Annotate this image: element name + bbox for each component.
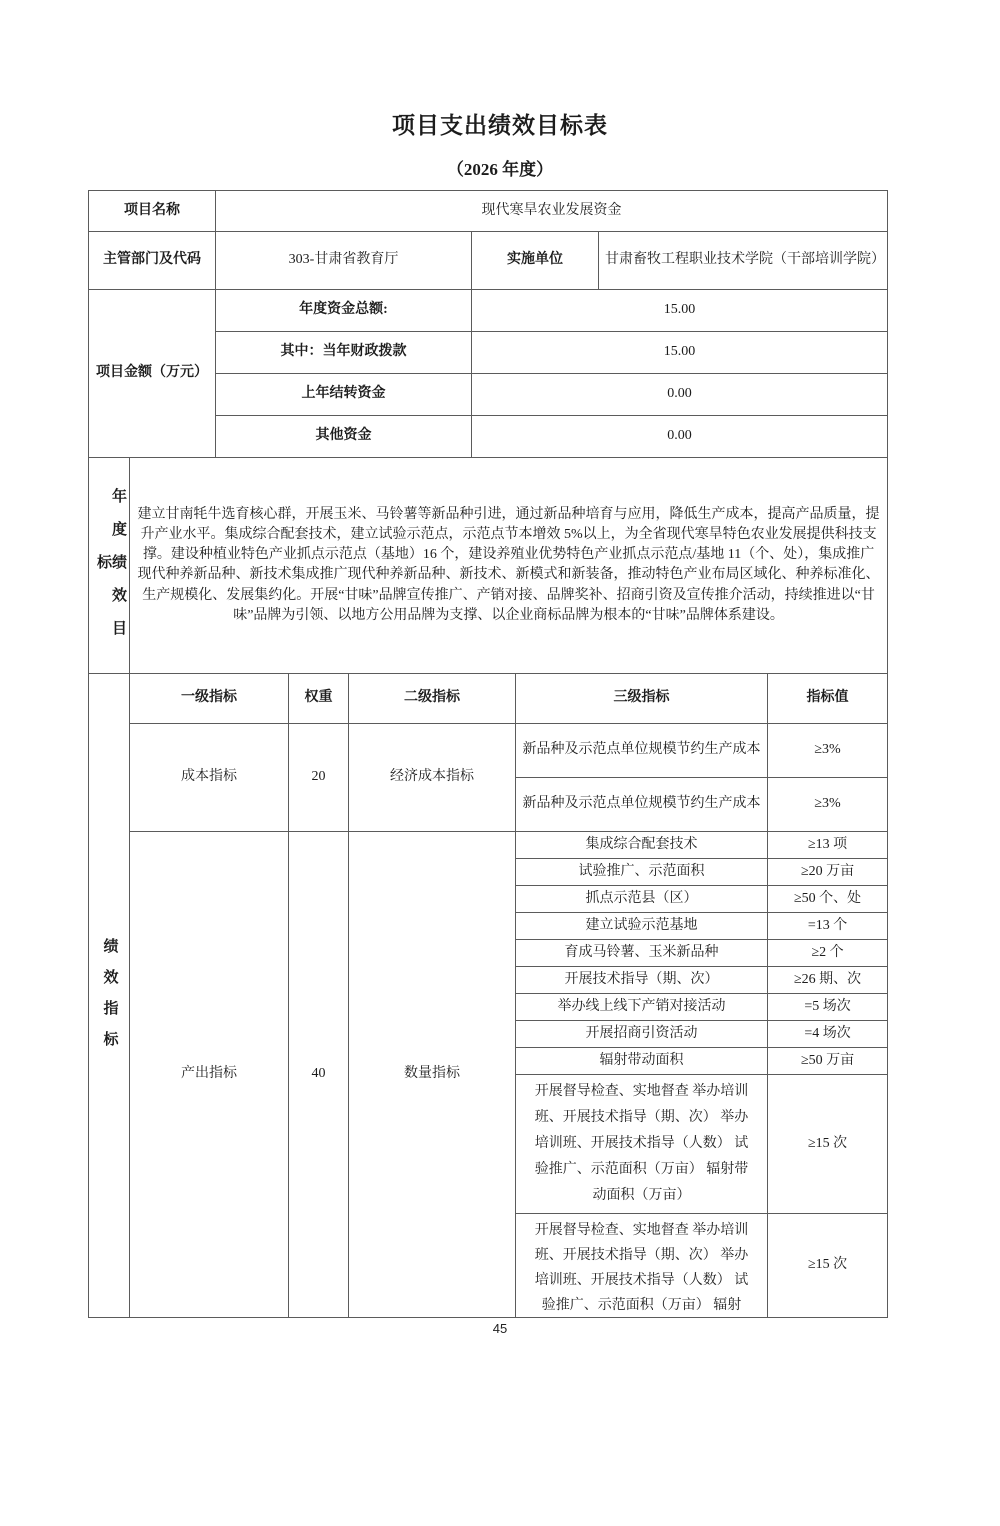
level3-indicator: 开展督导检查、实地督查 举办培训班、开展技术指导（期、次） 举办培训班、开展技术… <box>516 1213 768 1317</box>
header-weight: 权重 <box>289 673 349 723</box>
amount-row-label: 其他资金 <box>216 415 472 457</box>
amount-row-value: 15.00 <box>472 331 888 373</box>
indicators-section-label: 绩效指标 <box>102 922 117 1062</box>
amount-row-value: 0.00 <box>472 373 888 415</box>
indicator-value: ≥13 项 <box>768 831 888 858</box>
level3-indicator: 抓点示范县（区） <box>516 885 768 912</box>
level3-indicator: 开展技术指导（期、次） <box>516 966 768 993</box>
level1-indicator: 成本指标 <box>130 723 289 831</box>
indicator-value: ≥26 期、次 <box>768 966 888 993</box>
level2-indicator: 经济成本指标 <box>349 723 516 831</box>
level3-indicator: 开展招商引资活动 <box>516 1020 768 1047</box>
table-row: 绩效指标 一级指标 权重 二级指标 三级指标 指标值 <box>89 673 888 723</box>
performance-target-table: 项目名称 现代寒旱农业发展资金 主管部门及代码 303-甘肃省教育厅 实施单位 … <box>88 190 888 1318</box>
amount-row-label: 年度资金总额: <box>216 289 472 331</box>
project-name-label: 项目名称 <box>89 190 216 231</box>
project-name-value: 现代寒旱农业发展资金 <box>216 190 888 231</box>
impl-unit-value: 甘肃畜牧工程职业技术学院（干部培训学院） <box>599 231 888 289</box>
table-row: 项目金额（万元） 年度资金总额: 15.00 <box>89 289 888 331</box>
amount-label: 项目金额（万元） <box>89 289 216 457</box>
amount-row-value: 0.00 <box>472 415 888 457</box>
indicator-value: ≥2 个 <box>768 939 888 966</box>
amount-row-label: 其中：当年财政拨款 <box>216 331 472 373</box>
impl-unit-label: 实施单位 <box>472 231 599 289</box>
indicator-value: ≥20 万亩 <box>768 858 888 885</box>
header-level1: 一级指标 <box>130 673 289 723</box>
annual-goal-text: 建立甘南牦牛选育核心群，开展玉米、马铃薯等新品种引进，通过新品种培育与应用，降低… <box>130 457 888 673</box>
level3-indicator-text: 开展督导检查、实地督查 举办培训班、开展技术指导（期、次） 举办培训班、开展技术… <box>522 1216 761 1315</box>
indicator-value: ≥3% <box>768 777 888 831</box>
dept-label: 主管部门及代码 <box>89 231 216 289</box>
header-level2: 二级指标 <box>349 673 516 723</box>
level3-indicator-text: 开展督导检查、实地督查 举办培训班、开展技术指导（期、次） 举办培训班、开展技术… <box>522 1077 761 1211</box>
indicators-section-label-cell: 绩效指标 <box>89 673 130 1317</box>
weight-value: 40 <box>289 831 349 1317</box>
indicator-value: =13 个 <box>768 912 888 939</box>
dept-value: 303-甘肃省教育厅 <box>216 231 472 289</box>
weight-value: 20 <box>289 723 349 831</box>
level3-indicator: 育成马铃薯、玉米新品种 <box>516 939 768 966</box>
indicator-value: =5 场次 <box>768 993 888 1020</box>
level3-indicator: 辐射带动面积 <box>516 1047 768 1074</box>
table-row: 产出指标 40 数量指标 集成综合配套技术 ≥13 项 <box>89 831 888 858</box>
table-row: 项目名称 现代寒旱农业发展资金 <box>89 190 888 231</box>
level3-indicator: 试验推广、示范面积 <box>516 858 768 885</box>
table-row: 成本指标 20 经济成本指标 新品种及示范点单位规模节约生产成本 ≥3% <box>89 723 888 777</box>
annual-goal-label: 年度绩效目标 <box>95 457 125 667</box>
level3-indicator: 举办线上线下产销对接活动 <box>516 993 768 1020</box>
table-row: 年度绩效目标 建立甘南牦牛选育核心群，开展玉米、马铃薯等新品种引进，通过新品种培… <box>89 457 888 673</box>
level3-indicator: 新品种及示范点单位规模节约生产成本 <box>516 723 768 777</box>
page-number: 45 <box>0 1321 1000 1336</box>
level3-indicator: 新品种及示范点单位规模节约生产成本 <box>516 777 768 831</box>
level2-indicator: 数量指标 <box>349 831 516 1317</box>
annual-goal-label-cell: 年度绩效目标 <box>89 457 130 673</box>
indicator-value: ≥15 次 <box>768 1074 888 1213</box>
level3-indicator: 建立试验示范基地 <box>516 912 768 939</box>
page-title: 项目支出绩效目标表 <box>0 112 1000 140</box>
indicator-value: ≥3% <box>768 723 888 777</box>
page-subtitle: （2026 年度） <box>0 160 1000 180</box>
indicator-value: ≥50 个、处 <box>768 885 888 912</box>
level1-indicator: 产出指标 <box>130 831 289 1317</box>
amount-row-value: 15.00 <box>472 289 888 331</box>
indicator-value: =4 场次 <box>768 1020 888 1047</box>
level3-indicator: 开展督导检查、实地督查 举办培训班、开展技术指导（期、次） 举办培训班、开展技术… <box>516 1074 768 1213</box>
amount-row-label: 上年结转资金 <box>216 373 472 415</box>
header-value: 指标值 <box>768 673 888 723</box>
header-level3: 三级指标 <box>516 673 768 723</box>
indicator-value: ≥15 次 <box>768 1213 888 1317</box>
table-row: 主管部门及代码 303-甘肃省教育厅 实施单位 甘肃畜牧工程职业技术学院（干部培… <box>89 231 888 289</box>
level3-indicator: 集成综合配套技术 <box>516 831 768 858</box>
document-page: { "page": { "title": "项目支出绩效目标表", "subti… <box>0 112 1000 1526</box>
indicator-value: ≥50 万亩 <box>768 1047 888 1074</box>
